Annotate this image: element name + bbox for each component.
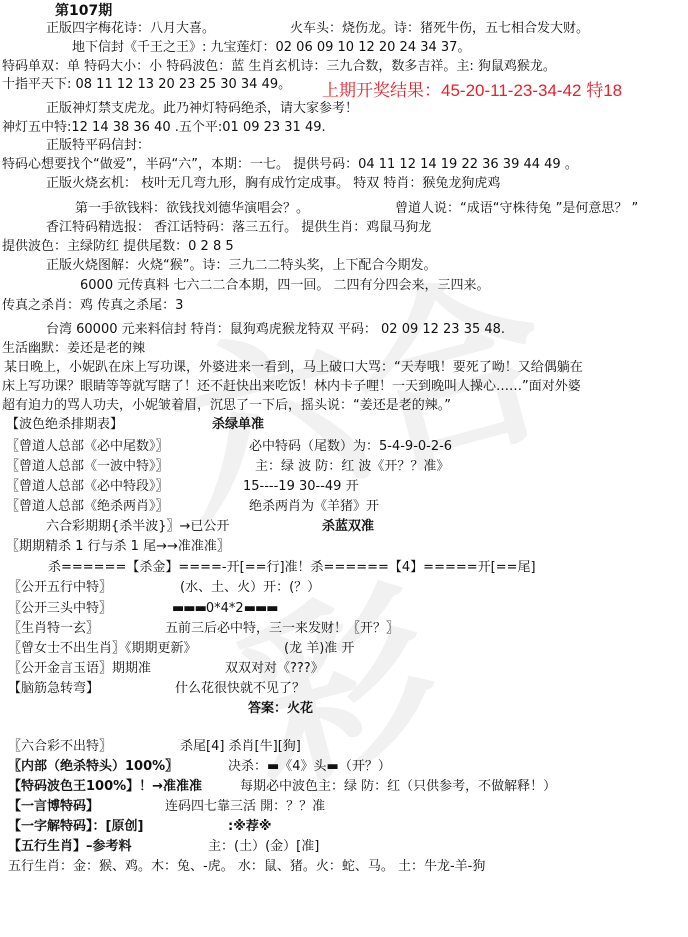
riddle-label: 【脑筋急转弯】 [8, 680, 99, 698]
story-line-3: 超有迫力的骂人功夫，小妮皱着眉，沉思了一下后，摇头说：“姜还是老的辣。” [2, 397, 451, 415]
section2-kill-gold: 杀======【杀金】====-开[==行]准！杀======【4】=====开… [48, 559, 536, 577]
riddle-question: 什么花很快就不见了？ [175, 680, 305, 698]
line-flat-envelope: 正版特平码信封： [46, 137, 150, 155]
section3-row-label: 【一言博特码】 [8, 798, 99, 816]
table1-row-value: 主：绿 波 防：红 波《开？？准》 [255, 458, 449, 476]
table1-header: 【波色绝杀排期表】 [6, 416, 123, 434]
line-xiangjiang: 香江特码精选报： 香江话特码：落三五行。 提供生肖：鸡鼠马狗龙 [46, 219, 431, 237]
section2-row-label: 〖公开五行中特〗 [8, 579, 112, 597]
section2-row-label: 〖公开金言玉语〗期期准 [8, 660, 151, 678]
table1-row-label: 〖曾道人总部《必中尾数》〗 [6, 438, 169, 456]
line-ten-fingers: 十指平天下: 08 11 12 13 20 23 25 30 34 49。 [2, 76, 291, 94]
line-taiwan-60000: 台湾 60000 元来料信封 特肖：鼠狗鸡虎猴龙特双 平码： 02 09 12 … [46, 321, 505, 339]
table1-row-value: 15----19 30--49 开 [243, 478, 359, 496]
line-first-hand: 第一手欲钱料：欲钱找刘德华演唱会？。 [75, 200, 309, 218]
section2-row-value: 双双对对《???》 [225, 660, 324, 678]
table1-row-value: 必中特码（尾数）为：5-4-9-0-2-6 [249, 438, 452, 456]
line-fire-diagram: 正版火烧图解：火烧“猴”。诗：三九二二特头奖，上下配合今期发。 [46, 257, 436, 275]
line-zeng-says: 曾道人说：“成语“守株待兔 ”是何意思？ ” [395, 200, 638, 218]
line-plum-poem: 正版四字梅花诗：八月大喜。 [46, 20, 215, 38]
story-line-1: 某日晚上，小妮趴在床上写功课，外婆进来一看到，马上破口大骂：“天寿哦！要死了呦！… [4, 359, 583, 377]
riddle-answer: 答案：火花 [248, 700, 313, 718]
section2-row-value: ▬▬▬0*4*2▬▬▬ [172, 600, 278, 618]
section2-kill-half-wave: 六合彩期期{杀半波}〗→已公开 [46, 518, 229, 536]
bars-icon: ▬▬▬ [172, 600, 206, 618]
line-lamp-five: 神灯五中特:12 14 38 36 40 .五个平:01 09 23 31 49… [2, 119, 326, 137]
table1-row-label: 〖曾道人总部《必中特段》〗 [6, 478, 169, 496]
section3-row-label: 【五行生肖】–参考料 [8, 838, 132, 856]
section3-row-value: :※荐※ [228, 818, 271, 836]
section3-row-label: 【一字解特码】：[原创] [8, 818, 143, 836]
section3-row-label: 〖六合彩不出特〗 [8, 738, 112, 756]
section2-row-value: (龙 羊)准 开 [284, 640, 354, 658]
table1-header-right: 杀绿单准 [212, 416, 264, 434]
bars-icon: ▬▬▬ [244, 600, 278, 618]
section2-row-label: 〖生肖特一玄〗 [8, 620, 99, 638]
section2-row-value: (水、土、火）开：(？） [180, 579, 320, 597]
section3-row-label: 〖内部（绝杀特头）100%〗 [8, 758, 178, 776]
last-draw-result: 上期开奖结果：45-20-11-23-34-42 特18 [322, 80, 622, 102]
section3-row-value: 决杀：▬《4》头▬（开？） [228, 758, 391, 776]
line-special-odd-even: 特码单双：单 特码大小：小 特码波色：蓝 生肖玄机诗：三九合数，数多吉祥。主: … [2, 58, 556, 76]
section2-row-label: 〖公开三头中特〗 [8, 600, 112, 618]
section2-kill-blue: 杀蓝双准 [322, 518, 374, 536]
section3-row-value: 连码四七靠三活 開：？？准 [165, 798, 325, 816]
line-train-head: 火车头：烧伤龙。诗：猪死牛伤，五七相合发大财。 [290, 20, 589, 38]
section3-row-label: 【特码波色王100%】！→准准准 [8, 778, 202, 796]
line-fire-mystery: 正版火烧玄机： 枝叶无几弯九形，胸有成竹定成事。 特双 特肖：猴兔龙狗虎鸡 [46, 175, 500, 193]
section2-row-label: 〖曾女士不出生肖〗《期期更新》 [8, 640, 197, 658]
story-line-2: 床上写功课？眼睛等等就写瞎了！还不赶快出来吃饭！林内卡子哩！一天到晚叫人操心……… [2, 378, 581, 396]
section3-row-value: 每期必中波色主：绿 防：红（只供参考，不做解释！） [240, 778, 556, 796]
line-fax-kill: 传真之杀肖：鸡 传真之杀尾：3 [2, 297, 183, 315]
wuxing-zodiac-line: 五行生肖：金：猴、鸡。木：兔、-虎。 水：鼠、猪。火：蛇、马。 土：牛龙-羊-狗 [8, 858, 485, 876]
table1-row-value: 绝杀两肖为《羊猪》开 [249, 498, 379, 516]
line-fax-6000: 6000 元传真料 七六二二合本期，四一回。 二四有分四会来，三四来。 [80, 277, 489, 295]
line-humor-title: 生活幽默：姜还是老的辣 [2, 340, 145, 358]
section3-row-value: 主：(土）(金）[准] [208, 838, 319, 856]
section2-precise-kill: 〖期期精杀 1 行与杀 1 尾→→准准准〗 [6, 538, 230, 556]
line-wave-color: 提供波色：主绿防红 提供尾数：0 2 8 5 [2, 238, 234, 256]
section2-row-value: 五前三后必中特，三一来发财！〖开？〗 [165, 620, 399, 638]
line-special-heart: 特码心想要找个“做爱”，半码“六”，本期：一七。 提供号码：04 11 12 1… [2, 156, 578, 174]
table1-row-label: 〖曾道人总部《绝杀两肖》〗 [6, 498, 169, 516]
line-magic-lamp: 正版神灯禁支虎龙。此乃神灯特码绝杀，请大家参考！ [46, 100, 358, 118]
line-underground-envelope: 地下信封《千王之王》: 九宝莲灯：02 06 09 10 12 20 24 34… [72, 39, 470, 57]
issue-title: 第107期 [55, 2, 112, 20]
table1-row-label: 〖曾道人总部《一波中特》〗 [6, 458, 169, 476]
section3-row-value: 杀尾[4] 杀肖[牛][狗] [180, 738, 301, 756]
